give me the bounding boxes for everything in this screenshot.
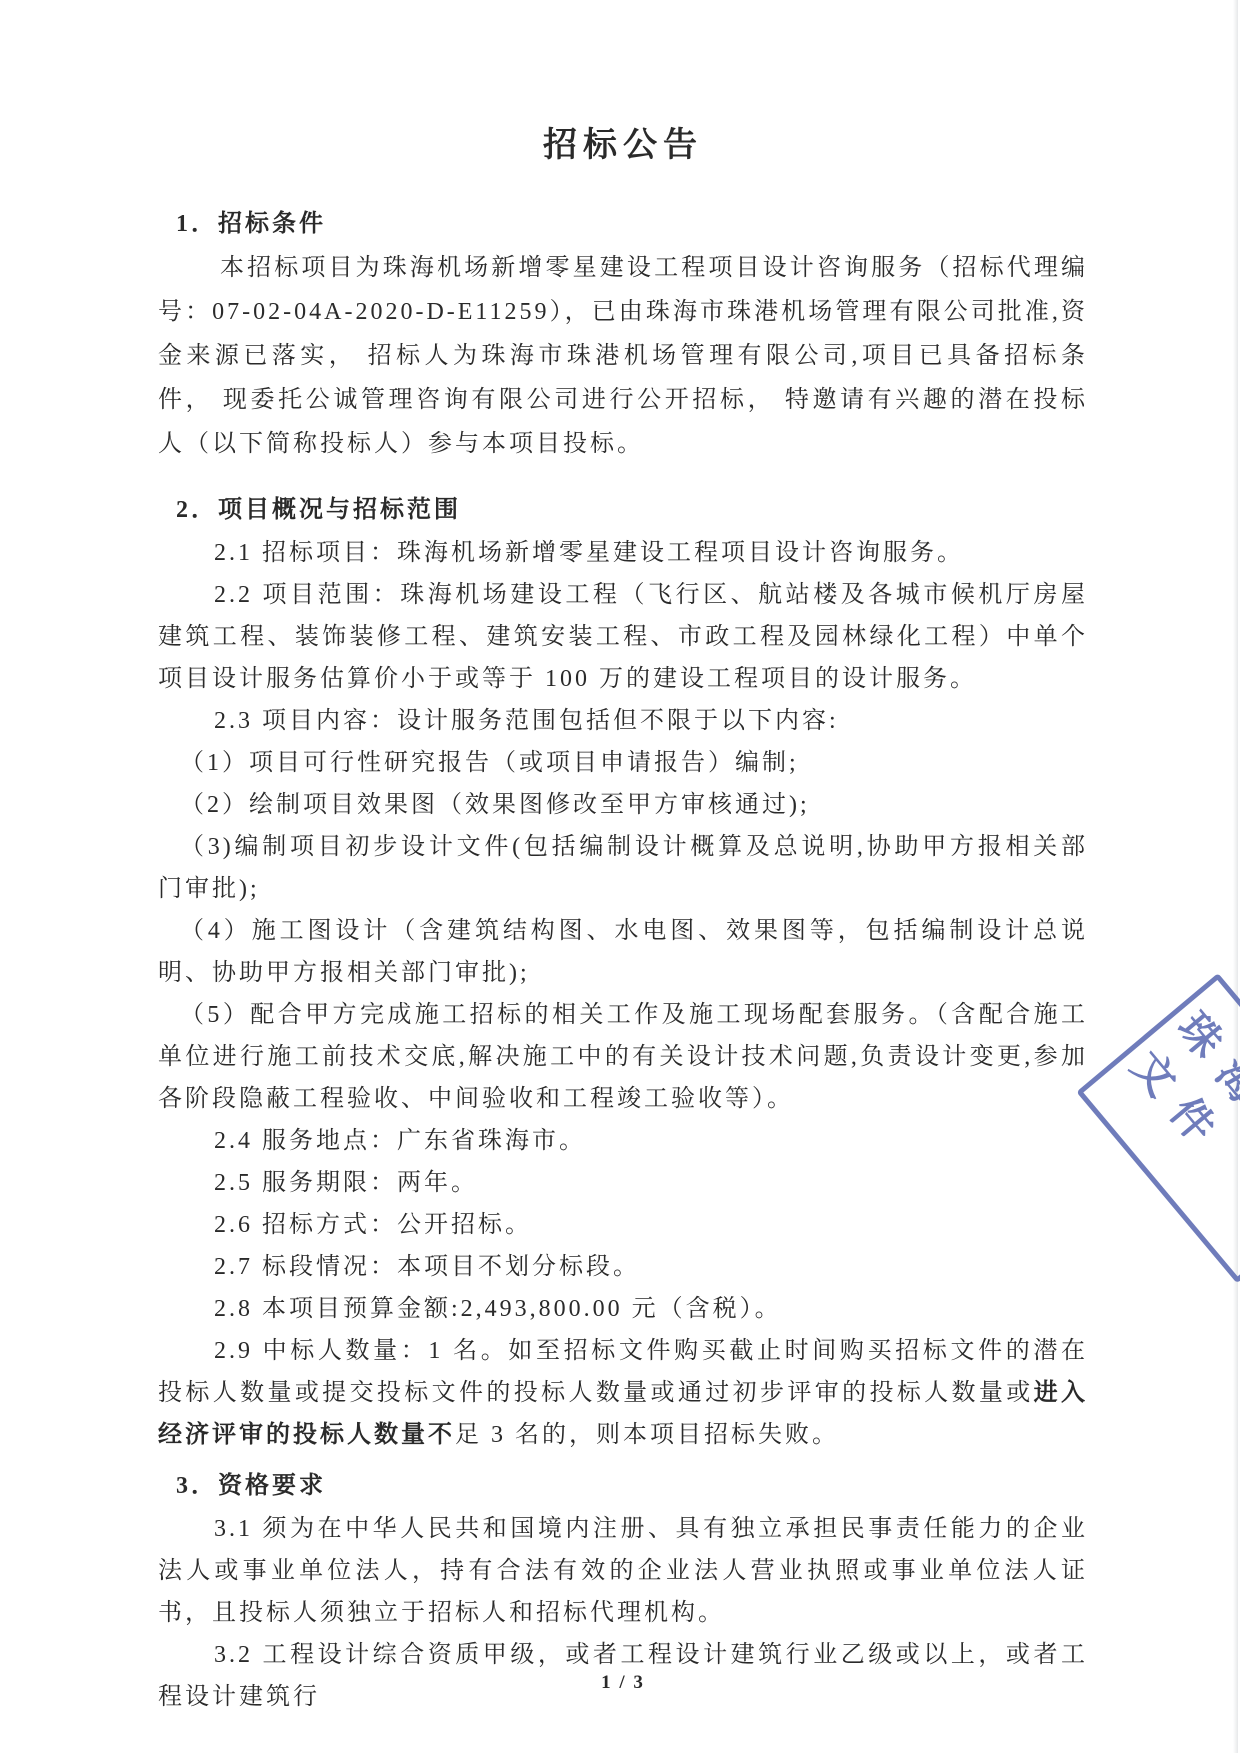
list-item: （3)编制项目初步设计文件(包括编制设计概算及总说明,协助甲方报相关部门审批); [158, 826, 1088, 910]
paragraph-2-9: 2.9 中标人数量：1 名。如至招标文件购买截止时间购买招标文件的潜在投标人数量… [158, 1330, 1088, 1456]
paragraph: 2.6 招标方式：公开招标。 [158, 1204, 1088, 1246]
list-item: （2）绘制项目效果图（效果图修改至甲方审核通过); [158, 784, 1088, 826]
page-footer: 1 / 3 [158, 1672, 1088, 1694]
stamp: 珠海 文件 [1076, 973, 1240, 1283]
section-heading-3: 3．资格要求 [176, 1464, 1088, 1508]
scan-edge-artifact [1233, 0, 1238, 1753]
paragraph: 2.4 服务地点：广东省珠海市。 [158, 1120, 1088, 1162]
list-item: （4）施工图设计（含建筑结构图、水电图、效果图等，包括编制设计总说明、协助甲方报… [158, 910, 1088, 994]
paragraph: 本招标项目为珠海机场新增零星建设工程项目设计咨询服务（招标代理编号：07-02-… [158, 246, 1088, 466]
page-number: 1 / 3 [601, 1672, 645, 1693]
document-body: 招标公告 1．招标条件 本招标项目为珠海机场新增零星建设工程项目设计咨询服务（招… [158, 118, 1088, 1718]
paragraph: 2.3 项目内容：设计服务范围包括但不限于以下内容: [158, 700, 1088, 742]
section-heading-1: 1．招标条件 [176, 202, 1088, 246]
list-item: （5）配合甲方完成施工招标的相关工作及施工现场配套服务。（含配合施工单位进行施工… [158, 994, 1088, 1120]
section-heading-2: 2．项目概况与招标范围 [176, 488, 1088, 532]
paragraph: 2.8 本项目预算金额:2,493,800.00 元（含税）。 [158, 1288, 1088, 1330]
paragraph: 2.1 招标项目：珠海机场新增零星建设工程项目设计咨询服务。 [158, 532, 1088, 574]
paragraph: 2.7 标段情况：本项目不划分标段。 [158, 1246, 1088, 1288]
paragraph-text: 足 3 名的，则本项目招标失败。 [455, 1422, 839, 1448]
paragraph: 2.2 项目范围：珠海机场建设工程（飞行区、航站楼及各城市候机厅房屋建筑工程、装… [158, 574, 1088, 700]
list-item: （1）项目可行性研究报告（或项目申请报告）编制; [158, 742, 1088, 784]
paragraph: 3.1 须为在中华人民共和国境内注册、具有独立承担民事责任能力的企业法人或事业单… [158, 1508, 1088, 1634]
document-page: 珠海 文件 招标公告 1．招标条件 本招标项目为珠海机场新增零星建设工程项目设计… [0, 0, 1240, 1753]
paragraph: 2.5 服务期限：两年。 [158, 1162, 1088, 1204]
page-title: 招标公告 [158, 118, 1088, 174]
paragraph-text: 2.9 中标人数量：1 名。如至招标文件购买截止时间购买招标文件的潜在投标人数量… [158, 1338, 1088, 1406]
